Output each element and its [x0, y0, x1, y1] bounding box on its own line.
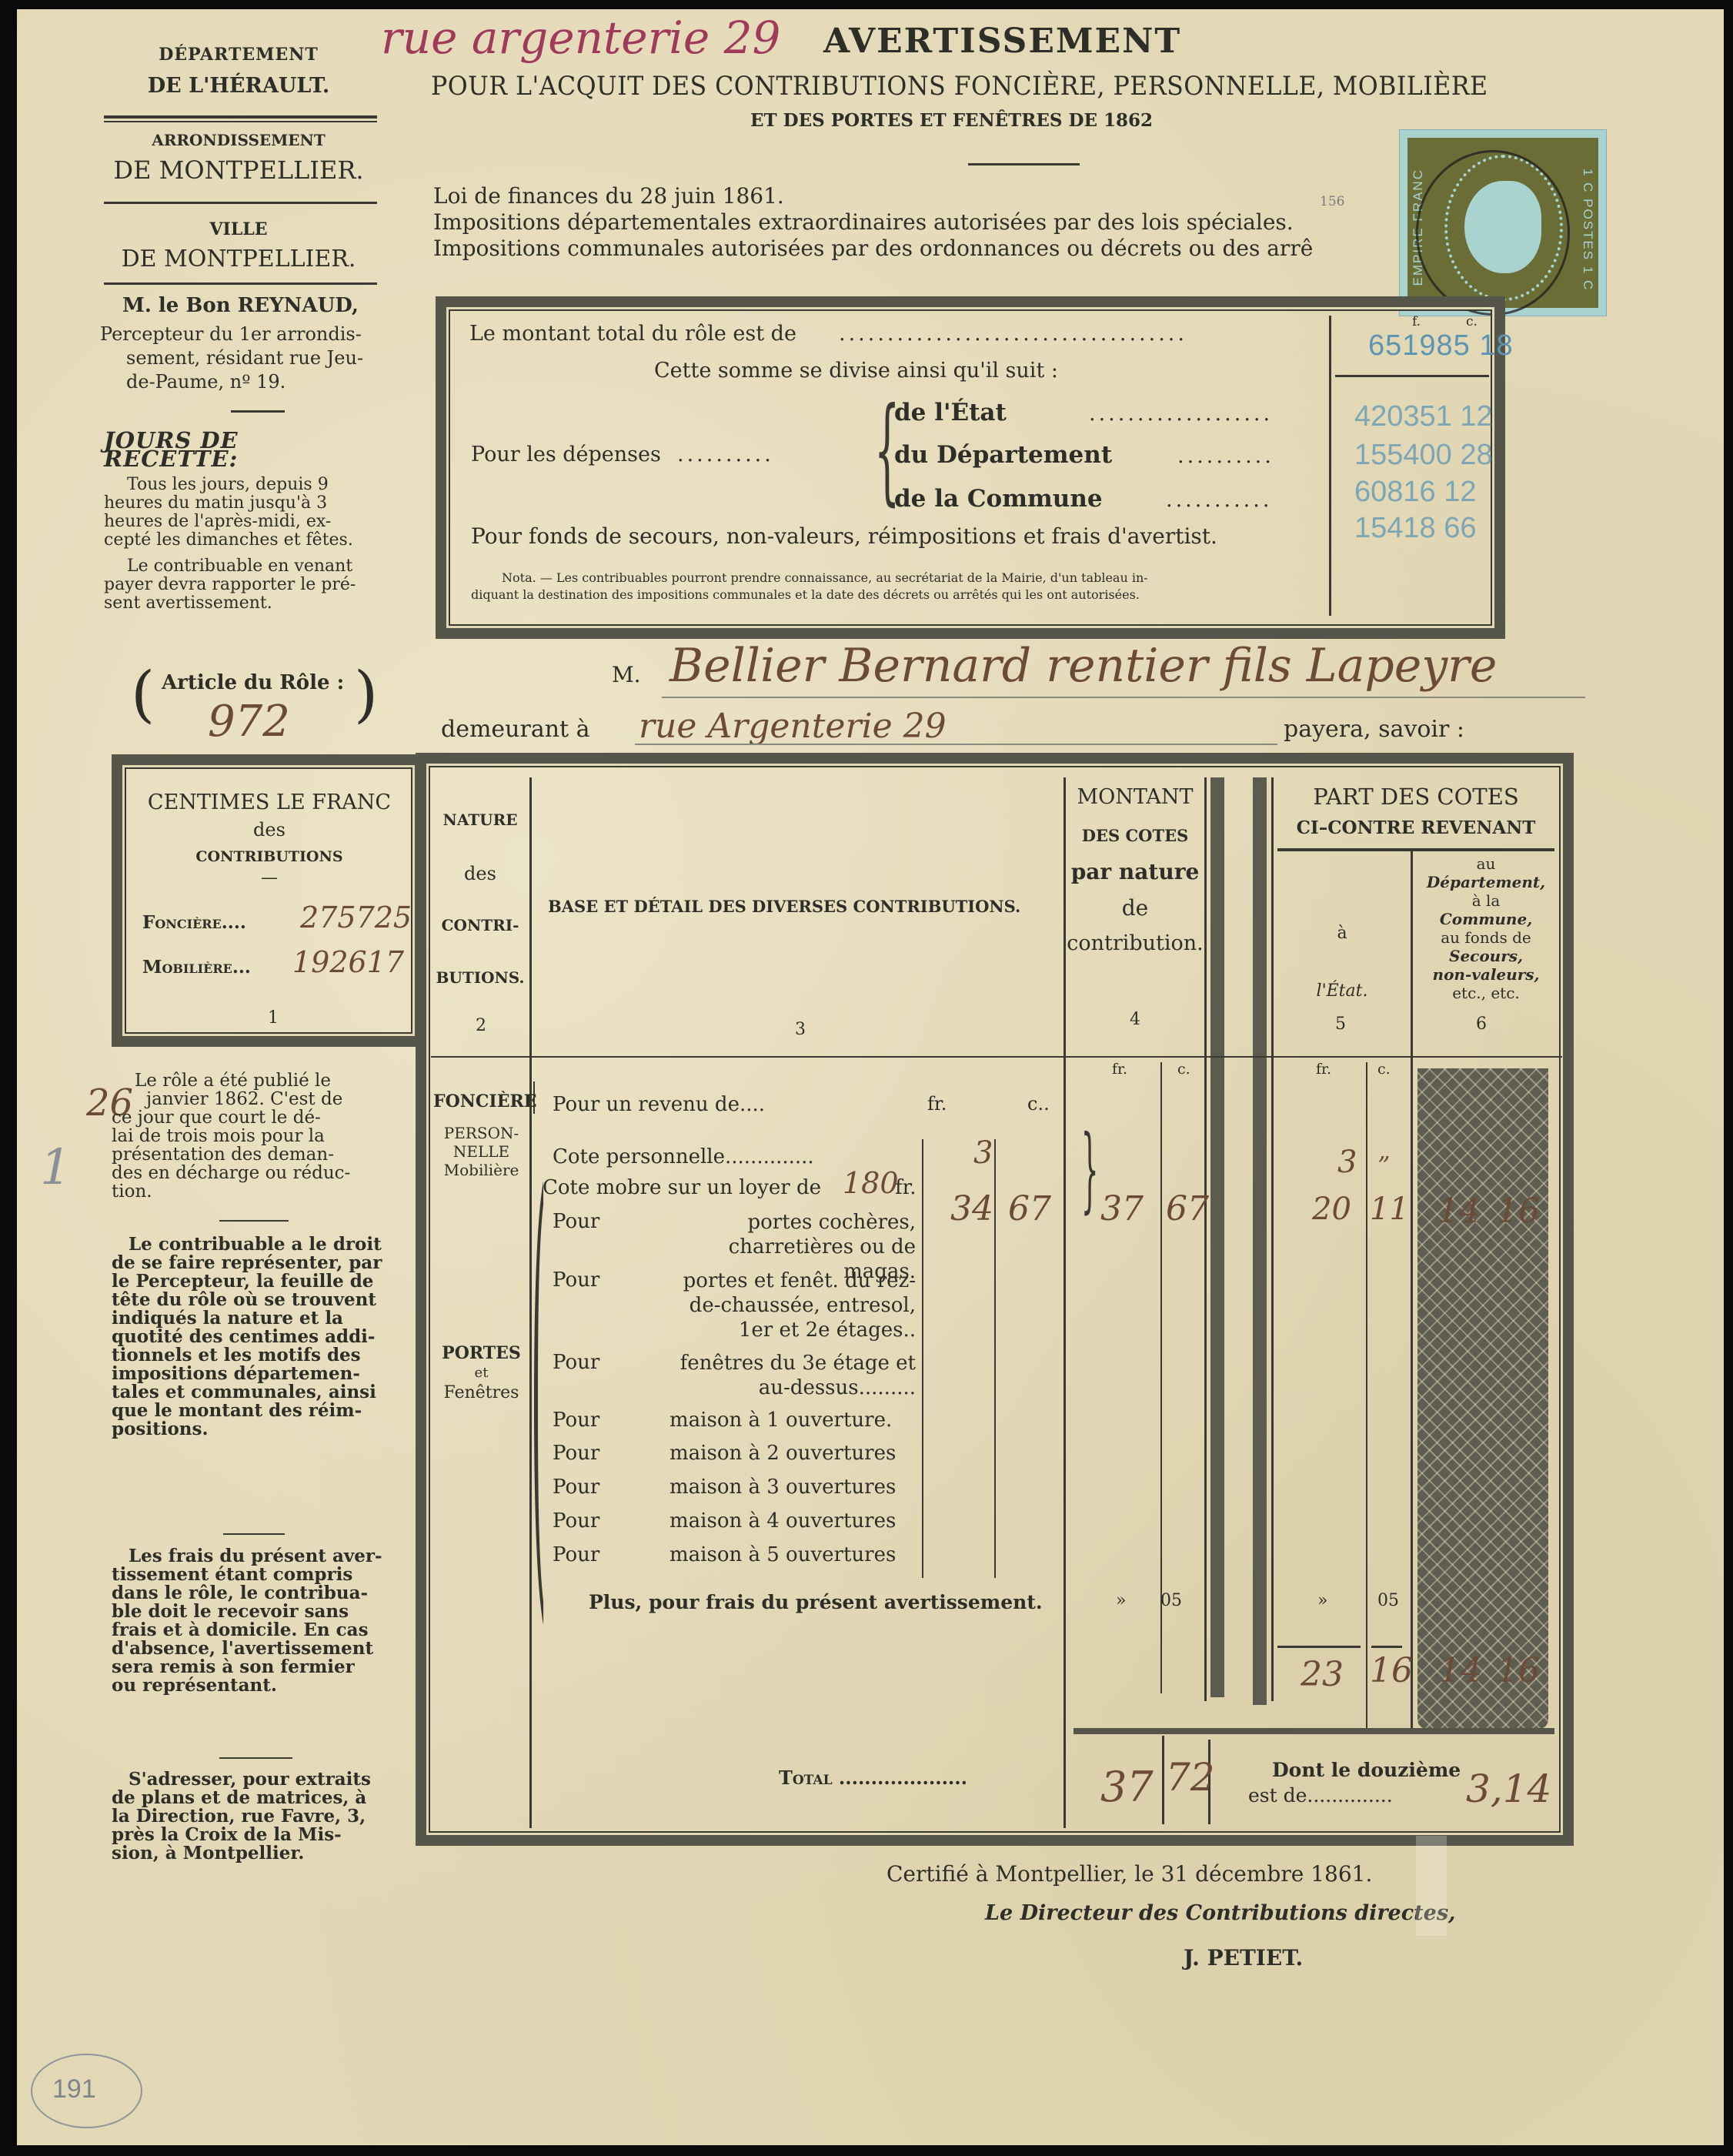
note-line: tissement étant compris	[112, 1566, 412, 1584]
col-num-3: 3	[795, 1020, 806, 1039]
subtotal-autres-c: 16	[1497, 1651, 1540, 1690]
nature-header-line: BUTIONS.	[431, 970, 529, 985]
secours-label: Pour fonds de secours, non-valeurs, réim…	[471, 523, 1217, 549]
total-divider	[1162, 1736, 1164, 1824]
nature-personnelle-line: PERSON-	[433, 1124, 529, 1142]
douzieme-label-1: Dont le douzième	[1272, 1759, 1461, 1781]
subtotal-autres-fr: 14	[1439, 1651, 1482, 1690]
row-cote-personnelle: Cote personnelle..............	[553, 1145, 814, 1168]
douzieme-value: 3,14	[1466, 1767, 1551, 1811]
col-bar	[1210, 777, 1224, 1697]
nature-fonciere: FONCIÈRE	[433, 1091, 537, 1111]
douzieme-label-2: est de..............	[1248, 1784, 1393, 1807]
note-line: présentation des deman-	[112, 1145, 412, 1164]
cote-mobiliere-fr: 34	[950, 1189, 993, 1228]
row-maison3-text: maison à 3 ouvertures	[669, 1476, 896, 1499]
c-label: c.	[1377, 1061, 1391, 1078]
etat-row1-c: ”	[1377, 1151, 1390, 1180]
left-header: DÉPARTEMENT DE L'HÉRAULT.	[100, 45, 377, 98]
role-value-secours: 15418 66	[1354, 512, 1477, 545]
divider	[231, 410, 285, 413]
role-value-departement: 155400 28	[1354, 439, 1493, 472]
centimes-des: des	[131, 819, 408, 841]
note-line: le Percepteur, la feuille de	[112, 1272, 412, 1291]
nature-header-line: NATURE	[431, 812, 529, 827]
pencil-oval-number: 191	[52, 2074, 96, 2104]
note-line: de se faire représenter, par	[112, 1254, 412, 1272]
role-value-commune: 60816 12	[1354, 476, 1477, 509]
autres-line: au fonds de	[1413, 928, 1559, 947]
note-line: tales et communales, ainsi	[112, 1383, 412, 1402]
nature-portes-line: PORTES	[433, 1343, 529, 1363]
row-maison1-pour: Pour	[553, 1409, 599, 1432]
frais-etat-c: 05	[1377, 1591, 1399, 1610]
frais-label: Plus, pour frais du présent avertissemen…	[589, 1591, 1043, 1613]
publication-notes: Le rôle a été publié le janvier 1862. C'…	[112, 1071, 412, 1201]
divider	[219, 1757, 292, 1759]
loyer-unit: fr.	[895, 1176, 916, 1199]
montant-line: DES COTES	[1066, 826, 1204, 845]
autres-line: non-valeurs,	[1413, 965, 1559, 984]
postmark-circle	[1416, 150, 1570, 316]
frais-fr: »	[1116, 1591, 1126, 1610]
autres-line: au	[1413, 854, 1559, 873]
nota-line: Nota. — Les contribuables pourront prend…	[471, 570, 1325, 587]
departement-label: DÉPARTEMENT	[100, 45, 377, 65]
percepteur-block: M. le Bon REYNAUD, Percepteur du 1er arr…	[100, 294, 381, 394]
note-line: janvier 1862. C'est de	[112, 1090, 412, 1108]
autres-line: Secours,	[1413, 947, 1559, 965]
montant-header: MONTANT DES COTES par nature de contribu…	[1066, 785, 1204, 955]
note-line: quotité des centimes addi-	[112, 1328, 412, 1346]
total-rule	[1074, 1728, 1554, 1734]
rapport-line: payer devra rapporter le pré-	[104, 576, 381, 594]
divider	[104, 202, 377, 204]
row-revenu-c: c..	[1027, 1093, 1050, 1115]
percepteur-line: Percepteur du 1er arrondis-	[100, 323, 381, 346]
frais-notes: Les frais du présent aver- tissement éta…	[112, 1547, 412, 1695]
mobiliere-value: 192617	[292, 945, 404, 979]
autres-line: Commune,	[1413, 910, 1559, 928]
cote-personnelle-fr: 3	[973, 1135, 993, 1171]
row-maison1-text: maison à 1 ouverture.	[669, 1409, 892, 1432]
jours-title: JOURS DE RECETTE:	[104, 431, 381, 468]
total-label: Total ....................	[779, 1767, 967, 1789]
role-value-etat: 420351 12	[1354, 400, 1493, 433]
col-fr-label: f.	[1412, 314, 1421, 329]
montant-fonciere-c: 67	[1166, 1189, 1209, 1228]
divider	[219, 1220, 289, 1222]
col-num-6: 6	[1476, 1014, 1487, 1034]
part-header: PART DES COTES CI–CONTRE REVENANT	[1274, 784, 1558, 838]
subtotal-etat-fr: 23	[1301, 1655, 1344, 1694]
jours-line: heures du matin jusqu'à 3	[104, 494, 381, 513]
etat-row2-fr: 20	[1312, 1192, 1351, 1227]
col-divider	[1204, 777, 1207, 1701]
etat-row1-fr: 3	[1337, 1145, 1357, 1180]
header-divider	[431, 1056, 1562, 1058]
paper-fold	[1416, 1836, 1447, 1936]
frais-c: 05	[1160, 1591, 1182, 1610]
part-title-2: CI–CONTRE REVENANT	[1274, 817, 1558, 838]
law-line: Impositions communales autorisées par de…	[433, 236, 1313, 262]
part-brace	[1277, 848, 1554, 851]
taxpayer-address: rue Argenterie 29	[639, 707, 947, 746]
droit-notes: Le contribuable a le droit de se faire r…	[112, 1235, 412, 1439]
centimes-contributions: CONTRIBUTIONS	[131, 848, 408, 865]
montant-fonciere-fr: 37	[1100, 1189, 1144, 1228]
row-maison4-text: maison à 4 ouvertures	[669, 1509, 896, 1533]
row-maison2-pour: Pour	[553, 1442, 599, 1465]
hatched-column	[1417, 1068, 1548, 1729]
montant-line: de	[1066, 895, 1204, 921]
pencil-note: 156	[1320, 194, 1344, 209]
document-title: AVERTISSEMENT	[823, 22, 1181, 61]
dot-leader: ....................................	[839, 322, 1187, 346]
note-line: sion, à Montpellier.	[112, 1844, 412, 1863]
etat-line: l'État.	[1274, 981, 1411, 1001]
note-line: ce jour que court le dé-	[112, 1108, 412, 1127]
article-value: 972	[208, 697, 290, 747]
directeur-line: Le Directeur des Contributions directes,	[985, 1901, 1455, 1925]
row-fenetres-text: portes et fenêt. du rez-de-chaussée, ent…	[666, 1269, 916, 1342]
depenses-label: Pour les dépenses	[471, 443, 661, 466]
jours-line: cepté les dimanches et fêtes.	[104, 531, 381, 550]
frais-etat-fr: »	[1317, 1591, 1327, 1610]
ville-block: VILLE DE MONTPELLIER.	[100, 219, 377, 272]
role-item-departement: du Département	[894, 441, 1112, 469]
autres-fr: 14	[1437, 1192, 1481, 1231]
percepteur-line: sement, résidant rue Jeu-	[100, 346, 381, 370]
part-title-1: PART DES COTES	[1274, 784, 1558, 810]
role-box-divider	[1329, 316, 1331, 616]
autres-header: au Département, à la Commune, au fonds d…	[1413, 854, 1559, 1002]
dot-leader: ..........	[1177, 444, 1274, 468]
mobiliere-label: Mobilière...	[142, 957, 251, 978]
dot-leader: ...................	[1089, 402, 1273, 426]
jours-line: Tous les jours, depuis 9	[104, 476, 381, 494]
nature-header-line: des	[431, 864, 529, 883]
law-line: Impositions départementales extraordinai…	[433, 209, 1313, 236]
ville-label: VILLE	[100, 219, 377, 239]
percepteur-name: M. le Bon REYNAUD,	[100, 294, 381, 318]
divise-label: Cette somme se divise ainsi qu'il suit :	[654, 359, 1058, 383]
note-line: de plans et de matrices, à	[112, 1789, 412, 1807]
col-bar	[1253, 777, 1267, 1705]
paren-right: )	[354, 658, 378, 730]
subtotal-rule	[1277, 1646, 1361, 1648]
etat-line: à	[1274, 924, 1411, 943]
fonciere-label: Foncière....	[142, 912, 246, 933]
nature-header: NATURE des CONTRI- BUTIONS.	[431, 812, 529, 985]
centimes-header: CENTIMES LE FRANC des CONTRIBUTIONS —	[131, 791, 408, 887]
handwritten-address-top: rue argenterie 29	[381, 12, 780, 64]
amount-divider	[994, 1139, 996, 1578]
name-underline	[662, 697, 1585, 698]
note-line: Le rôle a été publié le	[112, 1071, 412, 1090]
fonciere-value: 275725	[300, 901, 412, 934]
nature-portes-line: et	[433, 1363, 529, 1383]
row-maison3-pour: Pour	[553, 1476, 599, 1499]
note-line: tion.	[112, 1182, 412, 1201]
note-line: lai de trois mois pour la	[112, 1127, 412, 1145]
signature: J. PETIET.	[1184, 1945, 1303, 1970]
note-line: ou représentant.	[112, 1676, 412, 1695]
demeurant-label: demeurant à	[441, 716, 590, 743]
montant-line: MONTANT	[1066, 785, 1204, 809]
role-item-etat: de l'État	[894, 399, 1007, 426]
row-portes-pour: Pour	[553, 1210, 599, 1233]
address-underline	[635, 744, 1277, 745]
payera-label: payera, savoir :	[1284, 716, 1464, 743]
document-subtitle-2: ET DES PORTES ET FENÊTRES DE 1862	[750, 110, 1153, 131]
note-line: des en décharge ou réduc-	[112, 1164, 412, 1182]
col-num-2: 2	[476, 1016, 486, 1035]
col-divider	[1271, 777, 1274, 1701]
divider	[104, 121, 377, 122]
article-label: Article du Rôle :	[162, 671, 344, 694]
subtotal-rule	[1371, 1646, 1402, 1648]
row-revenu: Pour un revenu de....	[553, 1093, 765, 1116]
note-line: tionnels et les motifs des	[112, 1346, 412, 1365]
subtotal-etat-c: 16	[1370, 1651, 1413, 1690]
montant-line: par nature	[1066, 859, 1204, 884]
stamp-right-text: 1 C POSTES 1 C	[1580, 169, 1595, 291]
row-revenu-fr: fr.	[927, 1093, 947, 1115]
col-divider	[1366, 1062, 1367, 1732]
total-c: 72	[1166, 1755, 1215, 1800]
row-etage3-text: fenêtres du 3e étage et au-dessus.......…	[669, 1351, 916, 1400]
note-line: dans le rôle, le contribua-	[112, 1584, 412, 1603]
rapport-line: sent avertissement.	[104, 594, 381, 613]
note-line: impositions départemen-	[112, 1365, 412, 1383]
nature-header-line: CONTRI-	[431, 918, 529, 933]
nature-personnelle-line: NELLE	[433, 1142, 529, 1161]
certifie-line: Certifié à Montpellier, le 31 décembre 1…	[887, 1861, 1372, 1887]
note-line: Le contribuable a le droit	[112, 1235, 412, 1254]
row-etage3-pour: Pour	[553, 1351, 599, 1374]
role-total-value: 651985 18	[1368, 329, 1514, 363]
arrondissement-block: ARRONDISSEMENT DE MONTPELLIER.	[100, 131, 377, 185]
cote-mobiliere-c: 67	[1008, 1189, 1051, 1228]
role-item-commune: de la Commune	[894, 485, 1103, 513]
m-label: M.	[612, 662, 641, 687]
note-line: S'adresser, pour extraits	[112, 1770, 412, 1789]
pencil-mark: 1	[40, 1139, 72, 1196]
law-lines: Loi de finances du 28 juin 1861. Imposit…	[433, 183, 1313, 262]
departement-name: DE L'HÉRAULT.	[100, 74, 377, 98]
col-num-5: 5	[1335, 1014, 1346, 1034]
nature-portes: PORTES et Fenêtres	[433, 1343, 529, 1403]
etat-row2-c: 11	[1370, 1192, 1409, 1227]
divider	[968, 163, 1080, 165]
etat-header: à l'État.	[1274, 924, 1411, 1001]
brace-icon: }	[1081, 1124, 1099, 1216]
dot-leader: ...........	[1166, 488, 1272, 512]
divider	[1335, 375, 1489, 377]
note-line: ble doit le recevoir sans	[112, 1603, 412, 1621]
note-line: d'absence, l'avertissement	[112, 1640, 412, 1658]
note-line: Les frais du présent aver-	[112, 1547, 412, 1566]
row-cote-mobiliere: Cote mobre sur un loyer de	[543, 1176, 821, 1199]
law-line: Loi de finances du 28 juin 1861.	[433, 183, 1313, 209]
autres-line: Département,	[1413, 873, 1559, 891]
arrondissement-name: DE MONTPELLIER.	[100, 155, 377, 185]
base-header: BASE ET DÉTAIL DES DIVERSES CONTRIBUTION…	[548, 897, 1020, 916]
jours-block: JOURS DE RECETTE: Tous les jours, depuis…	[104, 431, 381, 613]
row-maison5-text: maison à 5 ouvertures	[669, 1543, 896, 1566]
divider	[104, 115, 377, 119]
note-line: la Direction, rue Favre, 3,	[112, 1807, 412, 1826]
jours-line: heures de l'après-midi, ex-	[104, 513, 381, 531]
note-line: sera remis à son fermier	[112, 1658, 412, 1676]
percepteur-line: de-Paume, nº 19.	[100, 370, 381, 394]
arrondissement-label: ARRONDISSEMENT	[100, 131, 377, 149]
note-line: indiqués la nature et la	[112, 1309, 412, 1328]
row-maison5-pour: Pour	[553, 1543, 599, 1566]
note-line: que le montant des réim-	[112, 1402, 412, 1420]
ville-name: DE MONTPELLIER.	[100, 246, 377, 272]
note-line: positions.	[112, 1420, 412, 1439]
brace-icon: (	[531, 1139, 546, 1624]
col-num-4: 4	[1130, 1010, 1140, 1029]
centimes-dash: —	[131, 868, 408, 887]
divider	[223, 1533, 285, 1535]
loyer-value: 180	[843, 1166, 899, 1200]
fr-label: fr.	[1316, 1061, 1331, 1078]
row-maison4-pour: Pour	[553, 1509, 599, 1533]
montant-line: contribution.	[1066, 931, 1204, 955]
note-line: près la Croix de la Mis-	[112, 1826, 412, 1844]
nota-line: diquant la destination des impositions c…	[471, 587, 1325, 603]
nature-mobiliere: Mobilière	[433, 1161, 529, 1179]
nature-personnelle: PERSON- NELLE Mobilière	[433, 1124, 529, 1179]
autres-c: 16	[1497, 1192, 1540, 1231]
adresser-notes: S'adresser, pour extraits de plans et de…	[112, 1770, 412, 1863]
note-line: frais et à domicile. En cas	[112, 1621, 412, 1640]
row-maison2-text: maison à 2 ouvertures	[669, 1442, 896, 1465]
autres-line: à la	[1413, 891, 1559, 910]
total-fr: 37	[1100, 1763, 1154, 1811]
paren-left: (	[131, 658, 155, 730]
col-num-1: 1	[268, 1008, 279, 1028]
row-fenetres-pour: Pour	[553, 1269, 599, 1292]
autres-line: etc., etc.	[1413, 984, 1559, 1002]
nota-text: Nota. — Les contribuables pourront prend…	[471, 570, 1325, 603]
nature-portes-line: Fenêtres	[433, 1383, 529, 1403]
taxpayer-name: Bellier Bernard rentier fils Lapeyre	[669, 639, 1497, 693]
divider	[104, 282, 377, 285]
c-label: c.	[1177, 1061, 1190, 1078]
col-c-label: c.	[1466, 314, 1478, 329]
amount-divider	[922, 1139, 923, 1578]
note-line: tête du rôle où se trouvent	[112, 1291, 412, 1309]
fr-label: fr.	[1112, 1061, 1127, 1078]
rapport-line: Le contribuable en venant	[104, 557, 381, 576]
centimes-title: CENTIMES LE FRANC	[131, 791, 408, 814]
article-du-role: ( Article du Rôle : ) 972	[131, 662, 392, 747]
dot-leader: ..........	[677, 443, 774, 466]
document-subtitle-1: POUR L'ACQUIT DES CONTRIBUTIONS FONCIÈRE…	[431, 71, 1488, 102]
role-total-label: Le montant total du rôle est de	[469, 322, 796, 346]
